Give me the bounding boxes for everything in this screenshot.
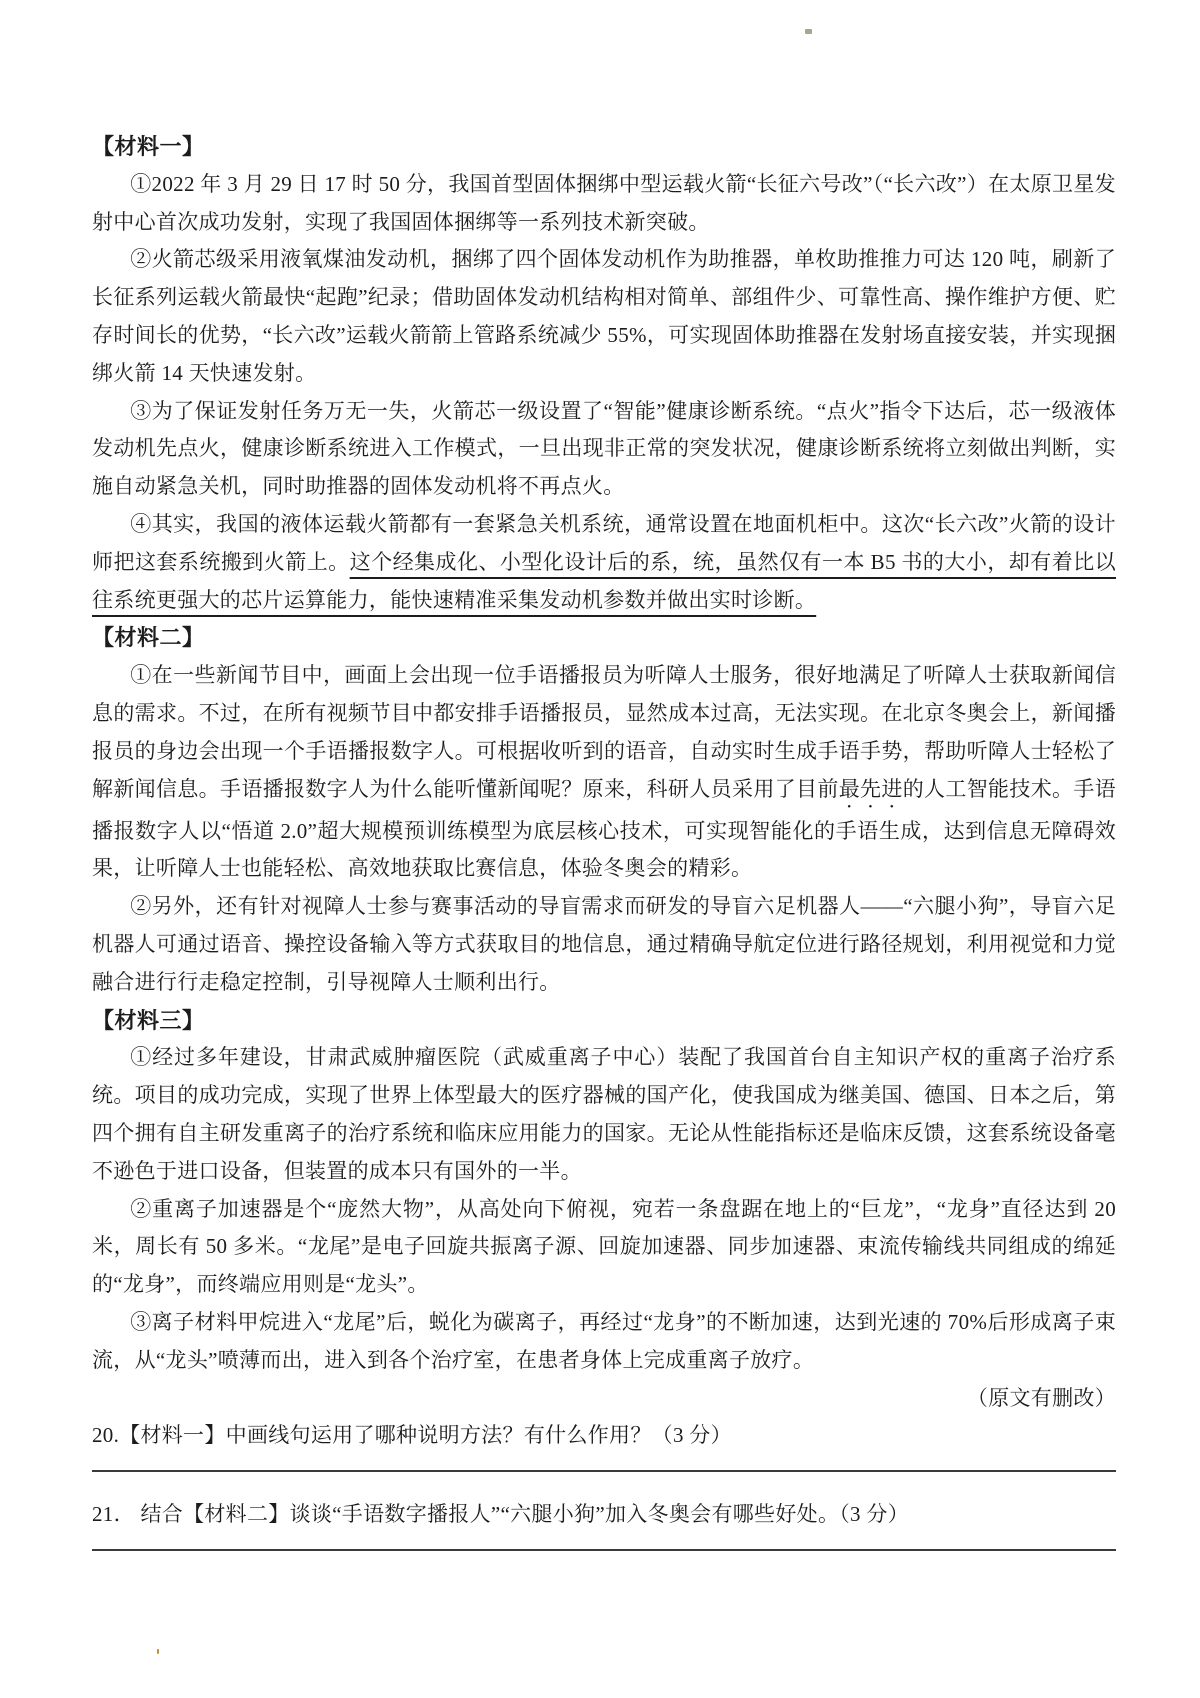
exam-page: 【材料一】 ①2022 年 3 月 29 日 17 时 50 分，我国首型固体捆… xyxy=(0,0,1200,1698)
answer-line-1 xyxy=(92,1470,1116,1472)
material-3-heading: 【材料三】 xyxy=(92,1002,1116,1040)
answer-line-2 xyxy=(92,1549,1116,1551)
material-2-paragraph-1: ①在一些新闻节目中，画面上会出现一位手语播报员为听障人士服务，很好地满足了听障人… xyxy=(92,657,1116,888)
material-1-paragraph-2: ②火箭芯级采用液氧煤油发动机，捆绑了四个固体发动机作为助推器，单枚助推推力可达 … xyxy=(92,241,1116,392)
material-1-section: 【材料一】 ①2022 年 3 月 29 日 17 时 50 分，我国首型固体捆… xyxy=(92,128,1116,619)
question-21-text: 结合【材料二】谈谈“手语数字播报人”“六腿小狗”加入冬奥会有哪些好处。（3 分） xyxy=(140,1502,909,1526)
question-20: 20.【材料一】中画线句运用了哪种说明方法？有什么作用？（3 分） xyxy=(92,1417,1116,1455)
material-2-paragraph-2: ②另外，还有针对视障人士参与赛事活动的导盲需求而研发的导盲六足机器人——“六腿小… xyxy=(92,888,1116,1001)
question-20-text: 【材料一】中画线句运用了哪种说明方法？有什么作用？（3 分） xyxy=(119,1423,732,1447)
source-attribution: （原文有删改） xyxy=(92,1380,1116,1418)
material-3-paragraph-3: ③离子材料甲烷进入“龙尾”后，蜕化为碳离子，再经过“龙身”的不断加速，达到光速的… xyxy=(92,1304,1116,1380)
exam-content: 【材料一】 ①2022 年 3 月 29 日 17 时 50 分，我国首型固体捆… xyxy=(92,128,1116,1575)
material-1-heading: 【材料一】 xyxy=(92,128,1116,166)
material-3-paragraph-2: ②重离子加速器是个“庞然大物”，从高处向下俯视，宛若一条盘踞在地上的“巨龙”，“… xyxy=(92,1191,1116,1304)
material-3-paragraph-1: ①经过多年建设，甘肃武威肿瘤医院（武威重离子中心）装配了我国首台自主知识产权的重… xyxy=(92,1039,1116,1190)
scan-speck-bottom xyxy=(157,1649,159,1654)
material-1-paragraph-1: ①2022 年 3 月 29 日 17 时 50 分，我国首型固体捆绑中型运载火… xyxy=(92,166,1116,242)
question-21: 21． 结合【材料二】谈谈“手语数字播报人”“六腿小狗”加入冬奥会有哪些好处。（… xyxy=(92,1496,1116,1534)
question-20-number: 20. xyxy=(92,1423,119,1447)
material-3-section: 【材料三】 ①经过多年建设，甘肃武威肿瘤医院（武威重离子中心）装配了我国首台自主… xyxy=(92,1002,1116,1380)
material-2-section: 【材料二】 ①在一些新闻节目中，画面上会出现一位手语播报员为听障人士服务，很好地… xyxy=(92,619,1116,1001)
material-1-paragraph-4: ④其实，我国的液体运载火箭都有一套紧急关机系统，通常设置在地面机柜中。这次“长六… xyxy=(92,506,1116,619)
material-2-heading: 【材料二】 xyxy=(92,619,1116,657)
question-21-number: 21． xyxy=(92,1502,135,1526)
emphasized-words: 最先进 xyxy=(839,777,903,801)
material-1-paragraph-3: ③为了保证发射任务万无一失，火箭芯一级设置了“智能”健康诊断系统。“点火”指令下… xyxy=(92,393,1116,506)
scan-speck-top xyxy=(805,29,812,34)
